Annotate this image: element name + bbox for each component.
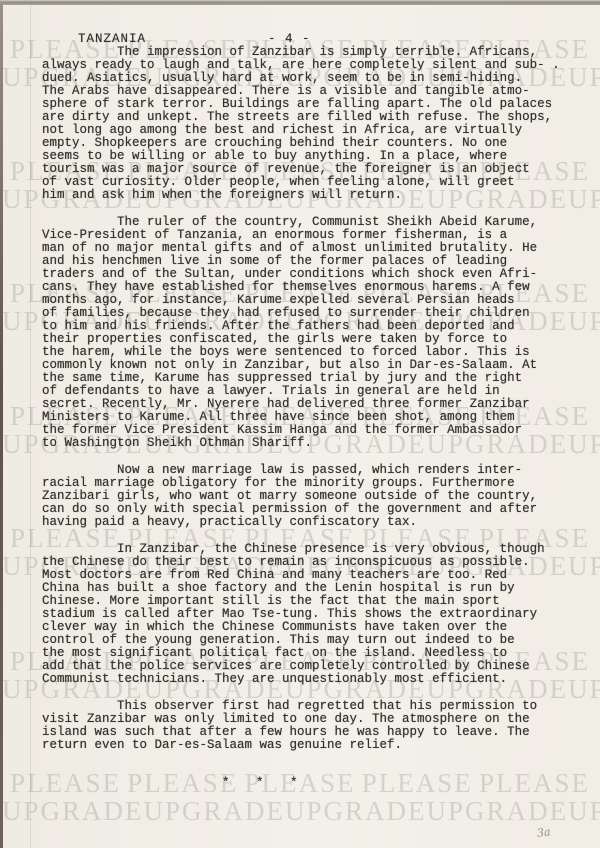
paragraph-ruler: The ruler of the country, Communist Shei… bbox=[42, 216, 570, 450]
document-body: TANZANIA - 4 - The impression of Zanziba… bbox=[42, 33, 570, 790]
page-number: - 4 - bbox=[268, 33, 311, 46]
paragraph-chinese-presence: In Zanzibar, the Chinese presence is ver… bbox=[42, 543, 570, 686]
paragraph-impression: The impression of Zanzibar is simply ter… bbox=[42, 46, 570, 202]
watermark-row: UPGRADEUPGRADEUPGRADEUPGRADEUPGRADE bbox=[0, 798, 600, 825]
page-edge-line bbox=[30, 5, 31, 848]
folder-edge-left bbox=[0, 4, 3, 848]
paragraph-observer: This observer first had regretted that h… bbox=[42, 700, 570, 752]
asterisk-separator: * * * bbox=[222, 777, 570, 790]
handwritten-page-mark: 3a bbox=[536, 825, 551, 839]
scanned-document-page: PLEASEPLEASEPLEASEPLEASEPLEASEUPGRADEUPG… bbox=[0, 0, 600, 848]
page-title: TANZANIA bbox=[78, 33, 146, 46]
document-header: TANZANIA - 4 - bbox=[42, 33, 570, 46]
paragraph-marriage-law: Now a new marriage law is passed, which … bbox=[42, 464, 570, 529]
folder-edge-top bbox=[0, 0, 600, 5]
